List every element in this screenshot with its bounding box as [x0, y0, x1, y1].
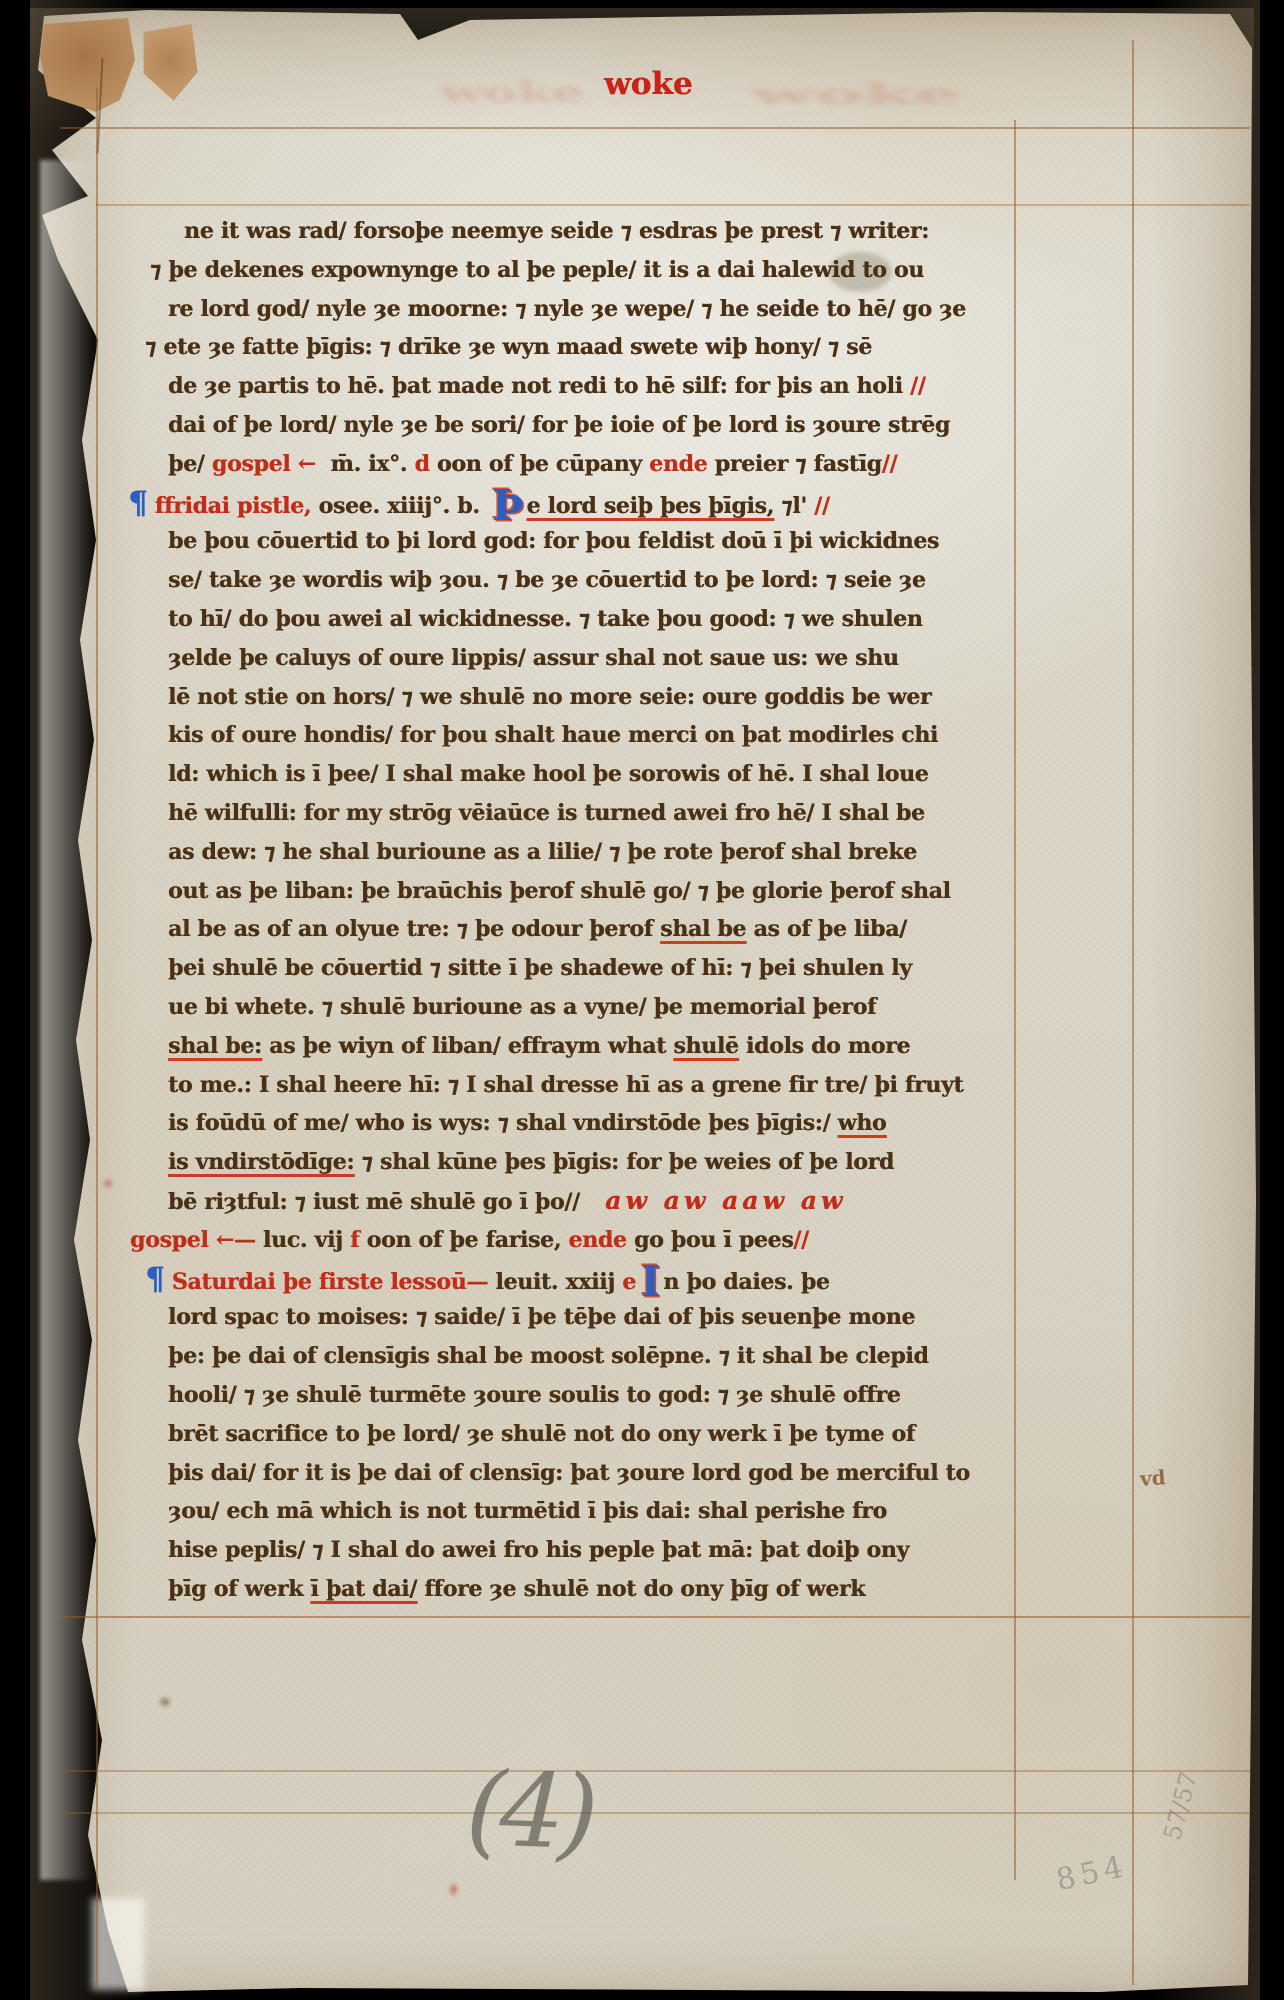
text-segment: shal be:	[168, 1033, 262, 1059]
manuscript-line: ⁊ þe dekenes expownynge to al þe peple/ …	[150, 251, 1020, 290]
text-segment: n þo daies. þe	[663, 1269, 829, 1295]
text-segment: re lord god/ nyle ȝe moorne: ⁊ nyle ȝe w…	[168, 296, 966, 322]
text-segment: is vndirstōdīge:	[168, 1149, 354, 1175]
manuscript-line: shal be: as þe wiyn of liban/ effraym wh…	[168, 1027, 1020, 1066]
manuscript-line: þis dai/ for it is þe dai of clensīg: þa…	[168, 1454, 1020, 1493]
text-segment: ld: which is ī þee/ I shal make hool þe …	[168, 761, 928, 787]
text-segment: al be as of an olyue tre: ⁊ þe odour þer…	[168, 916, 660, 942]
manuscript-line: ¶ ffridai pistle, osee. xiiij°. b. Þe lo…	[128, 484, 1020, 523]
text-segment: hise peplis/ ⁊ I shal do awei fro his pe…	[168, 1537, 909, 1563]
ruling-horizontal-text-bottom	[60, 1616, 1250, 1618]
ruling-horizontal-lower-2	[60, 1812, 1250, 1814]
frayed-left-edge	[40, 160, 92, 1880]
rubric-segment: //	[903, 373, 926, 399]
manuscript-line: is foūdū of me/ who is wys: ⁊ shal vndir…	[168, 1104, 1020, 1143]
text-segment: ne it was rad/ forsoþe neemye seide ⁊ es…	[184, 218, 929, 244]
text-segment: as dew: ⁊ he shal burioune as a lilie/ ⁊…	[168, 839, 917, 865]
text-segment: ī þat dai/	[310, 1576, 417, 1602]
text-segment: ⁊ shal kūne þes þīgis: for þe weies of þ…	[354, 1149, 894, 1175]
text-segment: ffore ȝe shulē not do ony þīg of werk	[417, 1576, 865, 1602]
manuscript-line: þe: þe dai of clensīgis shal be moost so…	[168, 1337, 1020, 1376]
red-speck	[450, 1884, 457, 1895]
text-segment: ȝelde þe caluys of oure lippis/ assur sh…	[168, 645, 899, 671]
manuscript-line: to hī/ do þou awei al wickidnesse. ⁊ tak…	[168, 600, 1020, 639]
text-segment: e lord seiþ þes þīgis,	[526, 493, 773, 519]
text-segment: osee. xiiij°. b.	[311, 493, 487, 519]
text-segment: ue bi whete. ⁊ shulē burioune as a vyne/…	[168, 994, 876, 1020]
manuscript-line: al be as of an olyue tre: ⁊ þe odour þer…	[168, 910, 1020, 949]
text-segment: out as þe liban: þe braūchis þerof shulē…	[168, 878, 951, 904]
text-segment: preier ⁊ fastīg	[707, 451, 881, 477]
rubric-segment: f	[350, 1227, 359, 1253]
text-segment: dai of þe lord/ nyle ȝe be sori/ for þe …	[168, 412, 950, 438]
text-segment: oon of þe farise,	[359, 1227, 568, 1253]
manuscript-line: hooli/ ⁊ ȝe shulē turmēte ȝoure soulis t…	[168, 1376, 1020, 1415]
frayed-bottom-corner	[92, 1898, 144, 1990]
rubric-segment: aw aw aaw aw	[580, 1186, 847, 1215]
brown-speck	[160, 1698, 170, 1706]
rubric-segment: gospel ←	[212, 451, 316, 477]
manuscript-line: is vndirstōdīge: ⁊ shal kūne þes þīgis: …	[168, 1143, 1020, 1182]
manuscript-line: ȝou/ ech mā which is not turmētid ī þis …	[168, 1492, 1020, 1531]
manuscript-line: dai of þe lord/ nyle ȝe be sori/ for þe …	[168, 406, 1020, 445]
text-segment: ȝou/ ech mā which is not turmētid ī þis …	[168, 1498, 887, 1524]
rubric-segment: ende	[649, 451, 707, 477]
running-title-offset-ghost: woke	[752, 78, 960, 111]
manuscript-line: hise peplis/ ⁊ I shal do awei fro his pe…	[168, 1531, 1020, 1570]
text-segment: brēt sacrifice to þe lord/ ȝe shulē not …	[168, 1421, 915, 1447]
text-segment: oon of þe cūpany	[430, 451, 650, 477]
text-segment: lē not stie on hors/ ⁊ we shulē no more …	[168, 684, 931, 710]
rubric-segment: d	[414, 451, 429, 477]
manuscript-photo: woke woke woke ne it was rad/ forsoþe ne…	[0, 0, 1284, 2000]
text-segment: idols do more	[739, 1033, 911, 1059]
manuscript-line: brēt sacrifice to þe lord/ ȝe shulē not …	[168, 1415, 1020, 1454]
text-segment: ⁊ þe dekenes expownynge to al þe peple/ …	[150, 257, 924, 283]
paraph-mark: ¶	[128, 485, 147, 521]
running-title-offset-ghost: woke	[440, 76, 584, 109]
manuscript-line: as dew: ⁊ he shal burioune as a lilie/ ⁊…	[168, 833, 1020, 872]
paraph-mark: ¶	[145, 1261, 164, 1297]
ruling-vertical-left	[96, 88, 98, 1988]
text-segment: who	[838, 1110, 887, 1136]
pencil-folio-number: (4)	[464, 1750, 595, 1873]
manuscript-line: ȝelde þe caluys of oure lippis/ assur sh…	[168, 639, 1020, 678]
rubric-segment: Saturdai þe firste lessoū—	[164, 1269, 488, 1295]
text-segment: m̄. ix°.	[316, 451, 415, 477]
text-segment: se/ take ȝe wordis wiþ ȝou. ⁊ be ȝe cōue…	[168, 567, 926, 593]
manuscript-line: þe/ gospel ← m̄. ix°. d oon of þe cūpany…	[168, 445, 1020, 484]
text-segment: to hī/ do þou awei al wickidnesse. ⁊ tak…	[168, 606, 922, 632]
manuscript-line: ld: which is ī þee/ I shal make hool þe …	[168, 755, 1020, 794]
text-segment: þe/	[168, 451, 212, 477]
text-segment: lord spac to moises: ⁊ saide/ ī þe tēþe …	[168, 1304, 915, 1330]
manuscript-line: se/ take ȝe wordis wiþ ȝou. ⁊ be ȝe cōue…	[168, 561, 1020, 600]
text-segment: is foūdū of me/ who is wys: ⁊ shal vndir…	[168, 1110, 838, 1136]
text-segment: þe: þe dai of clensīgis shal be moost so…	[168, 1343, 928, 1369]
manuscript-line: bē riȝtful: ⁊ iust mē shulē go ī þo// aw…	[168, 1182, 1020, 1221]
manuscript-line: þei shulē be cōuertid ⁊ sitte ī þe shade…	[168, 949, 1020, 988]
ruling-horizontal-text-top	[96, 204, 1250, 206]
running-title: woke	[604, 66, 693, 102]
text-segment: luc. vij	[256, 1227, 351, 1253]
manuscript-line: kis of oure hondis/ for þou shalt haue m…	[168, 716, 1020, 755]
text-segment: be þou cōuertid to þi lord god: for þou …	[168, 528, 939, 554]
margin-signature-mark: vd	[1139, 1465, 1166, 1491]
text-segment: de ȝe partis to hē. þat made not redi to…	[168, 373, 903, 399]
decorated-initial: I	[641, 1267, 660, 1297]
rubric-segment: ende	[568, 1227, 626, 1253]
text-segment: to me.: I shal heere hī: ⁊ I shal dresse…	[168, 1072, 963, 1098]
manuscript-line: ne it was rad/ forsoþe neemye seide ⁊ es…	[184, 212, 1020, 251]
manuscript-line: re lord god/ nyle ȝe moorne: ⁊ nyle ȝe w…	[168, 290, 1020, 329]
rubric-segment: gospel ←—	[130, 1227, 256, 1253]
manuscript-line: ¶ Saturdai þe firste lessoū— leuit. xxii…	[145, 1260, 1020, 1299]
manuscript-line: to me.: I shal heere hī: ⁊ I shal dresse…	[168, 1066, 1020, 1105]
text-segment: kis of oure hondis/ for þou shalt haue m…	[168, 722, 938, 748]
manuscript-line: be þou cōuertid to þi lord god: for þou …	[168, 522, 1020, 561]
text-segment: leuit. xxiij	[488, 1269, 622, 1295]
text-block: ne it was rad/ forsoþe neemye seide ⁊ es…	[168, 212, 1020, 1609]
manuscript-line: lē not stie on hors/ ⁊ we shulē no more …	[168, 678, 1020, 717]
text-segment: þis dai/ for it is þe dai of clensīg: þa…	[168, 1460, 970, 1486]
text-segment: as þe wiyn of liban/ effraym what	[262, 1033, 674, 1059]
ruling-vertical-right-outer	[1132, 40, 1134, 1985]
rubric-segment: e	[622, 1269, 636, 1295]
text-segment: hooli/ ⁊ ȝe shulē turmēte ȝoure soulis t…	[168, 1382, 900, 1408]
manuscript-line: hē wilfulli: for my strōg vēiaūce is tur…	[168, 794, 1020, 833]
text-segment: ⁊l'	[774, 493, 807, 519]
manuscript-line: ue bi whete. ⁊ shulē burioune as a vyne/…	[168, 988, 1020, 1027]
text-segment: shal be	[660, 916, 746, 942]
rubric-segment: //	[807, 493, 830, 519]
manuscript-line: þīg of werk ī þat dai/ ffore ȝe shulē no…	[168, 1570, 1020, 1609]
ruling-horizontal-lower-1	[60, 1770, 1250, 1772]
ruling-horizontal-title	[60, 127, 1250, 129]
text-segment: shulē	[673, 1033, 738, 1059]
text-segment: bē riȝtful: ⁊ iust mē shulē go ī þo//	[168, 1189, 580, 1215]
rubric-segment: //	[882, 451, 897, 477]
manuscript-line: out as þe liban: þe braūchis þerof shulē…	[168, 872, 1020, 911]
text-segment: ⁊ ete ȝe fatte þīgis: ⁊ drīke ȝe wyn maa…	[145, 334, 872, 360]
manuscript-line: gospel ←— luc. vij f oon of þe farise, e…	[130, 1221, 1020, 1260]
manuscript-line: lord spac to moises: ⁊ saide/ ī þe tēþe …	[168, 1298, 1020, 1337]
manuscript-line: de ȝe partis to hē. þat made not redi to…	[168, 367, 1020, 406]
decorated-initial: Þ	[492, 491, 524, 521]
text-segment: go þou ī pees	[627, 1227, 794, 1253]
rubric-segment: ffridai pistle,	[147, 493, 311, 519]
rubric-segment: //	[793, 1227, 808, 1253]
text-segment: hē wilfulli: for my strōg vēiaūce is tur…	[168, 800, 925, 826]
text-segment: as of þe liba/	[746, 916, 907, 942]
manuscript-line: ⁊ ete ȝe fatte þīgis: ⁊ drīke ȝe wyn maa…	[145, 328, 1020, 367]
text-segment: þei shulē be cōuertid ⁊ sitte ī þe shade…	[168, 955, 912, 981]
red-speck	[104, 1180, 112, 1187]
text-segment: þīg of werk	[168, 1576, 310, 1602]
